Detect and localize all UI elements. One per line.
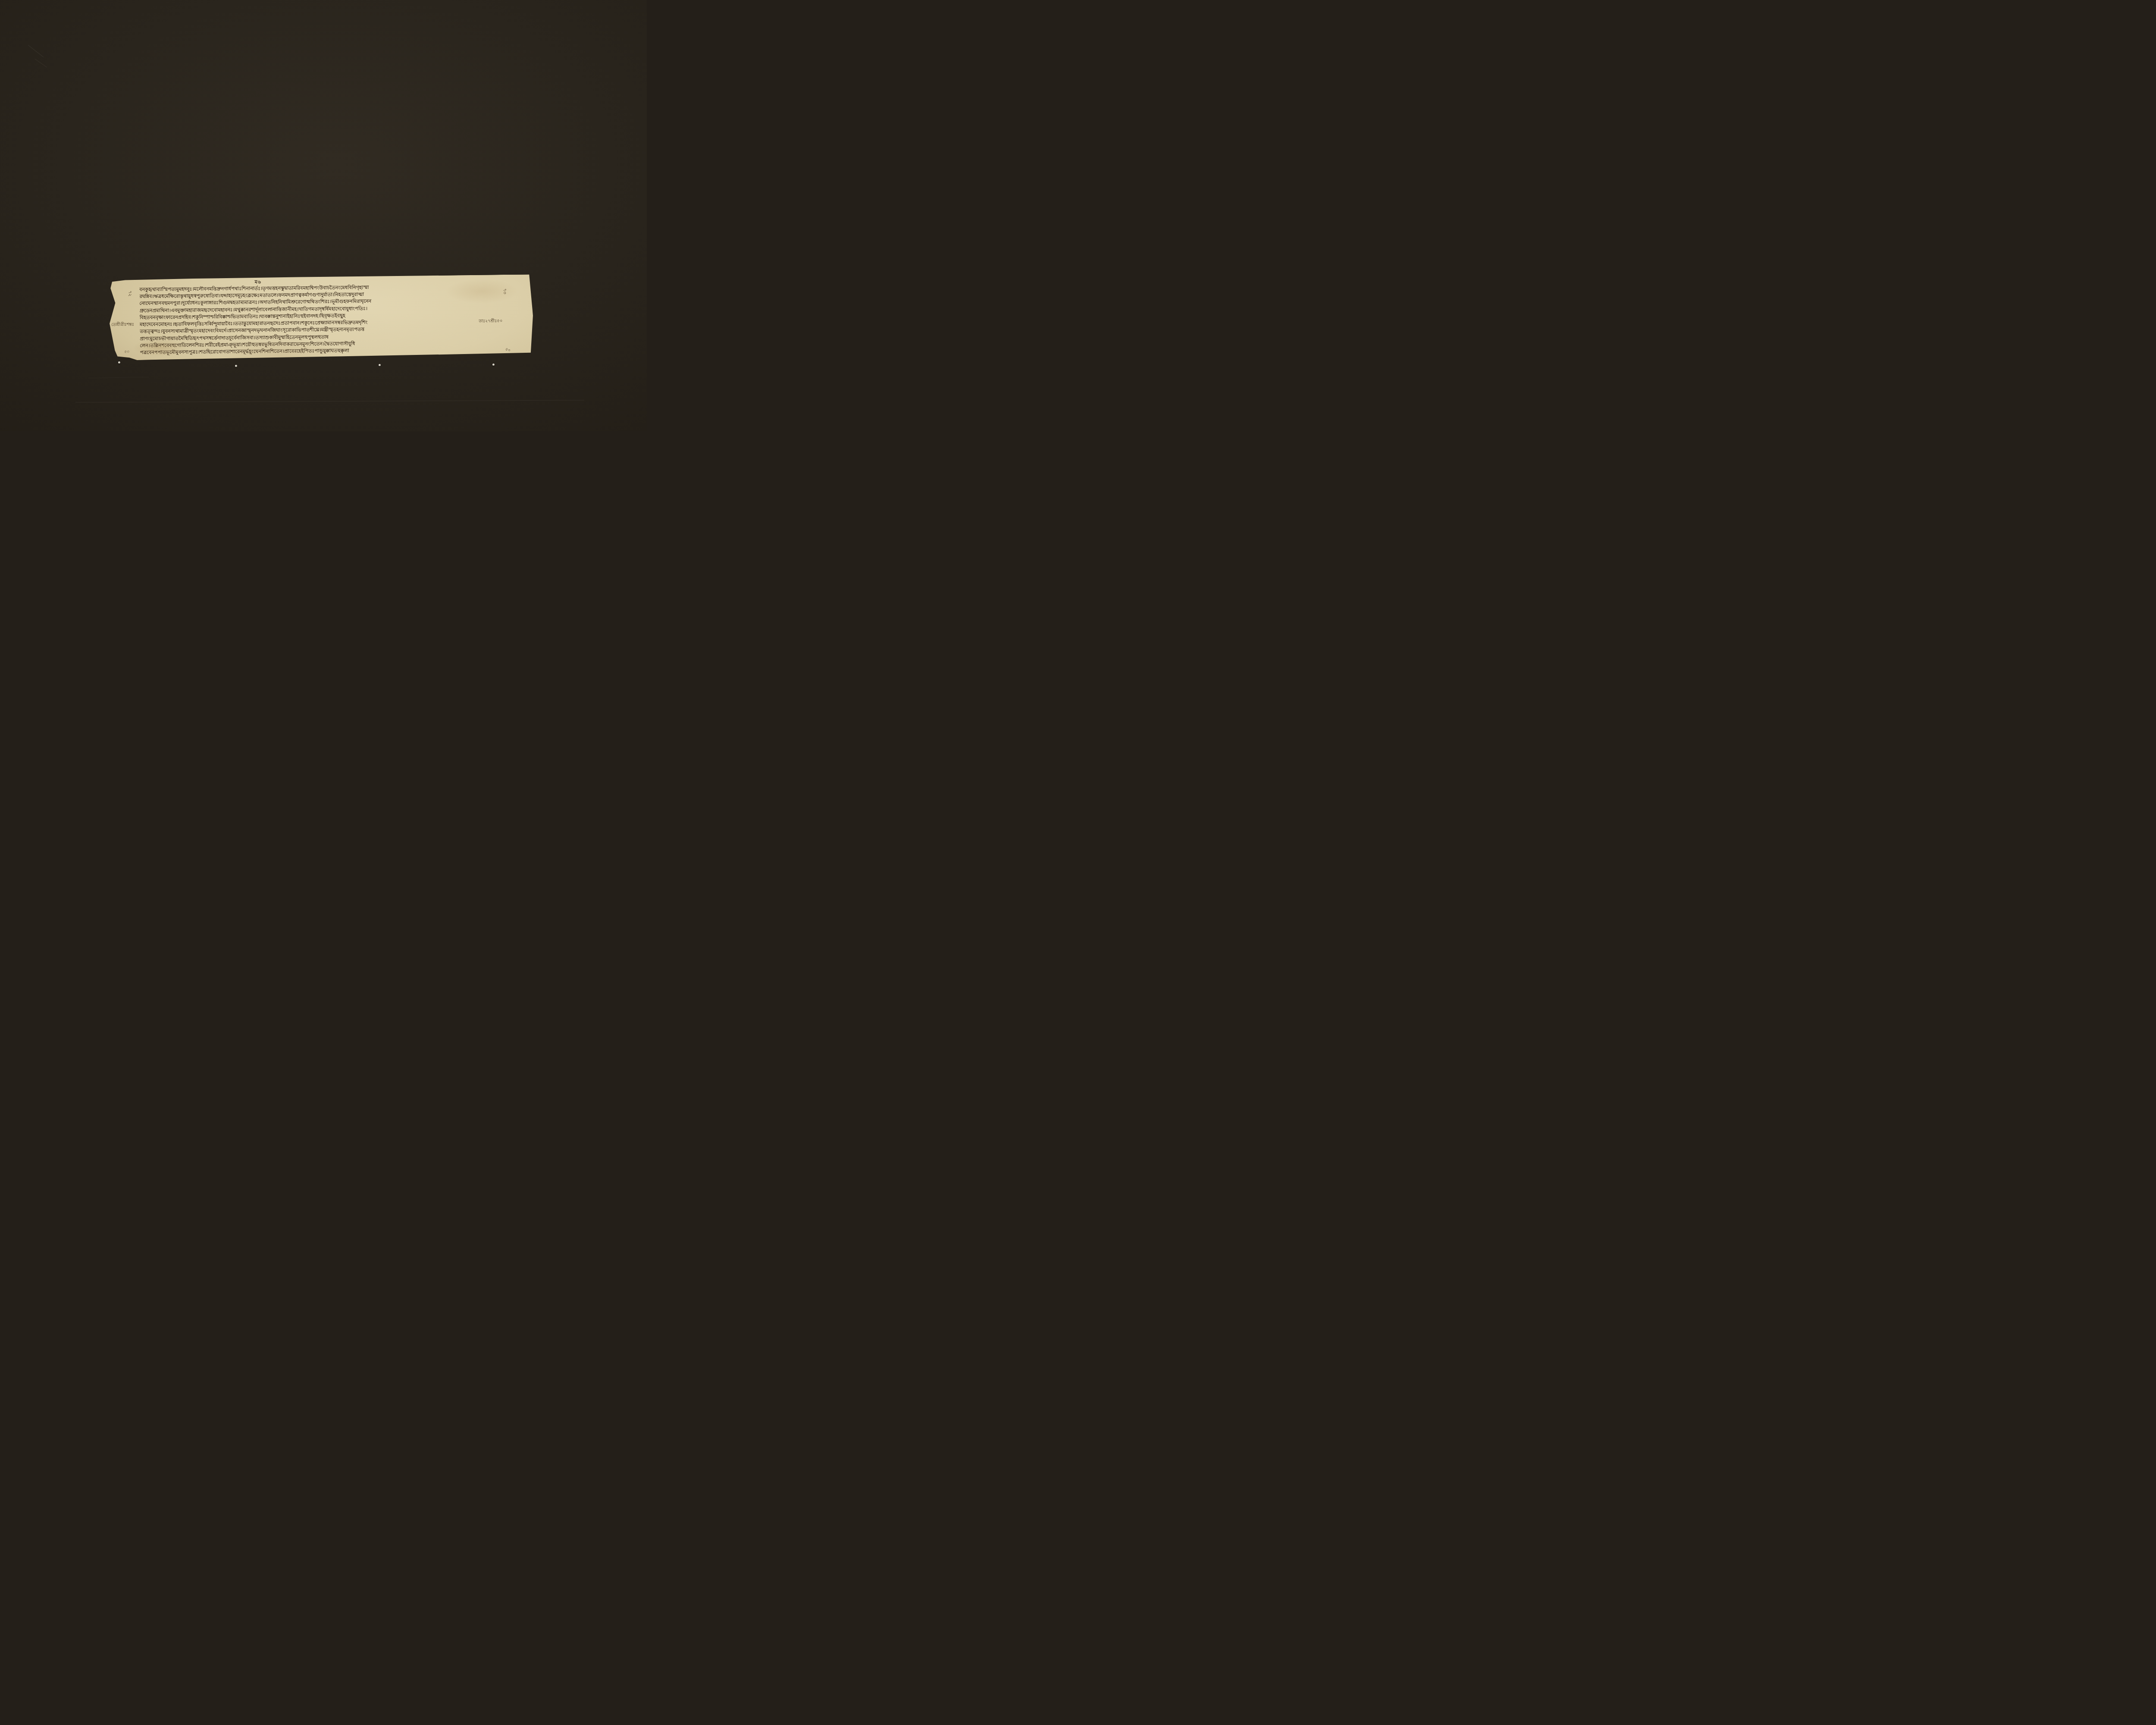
- margin-note-right-bottom: ৫৩: [505, 346, 511, 354]
- background-scratch: [88, 377, 149, 378]
- background-scratch: [28, 45, 44, 57]
- manuscript-text-block: বনকুহৃথাব্যাস্মিপত্যমুমহদনুঃ।মলৌবনমত্তিদ…: [139, 275, 505, 360]
- margin-note-left-top: ৭২: [126, 291, 133, 296]
- mounting-pin: [118, 361, 120, 364]
- mounting-pin: [235, 365, 237, 367]
- photo-background: ম৬ ৭২ তেশ্রীত্রীঃশন্তঃ ৫৩ ৭৩ ডাঃ২৭শ্রীঃ৫…: [0, 0, 647, 431]
- background-scratch: [35, 59, 47, 67]
- margin-note-left-bottom: ৫৩: [124, 349, 129, 355]
- manuscript-page: ম৬ ৭২ তেশ্রীত্রীঃশন্তঃ ৫৩ ৭৩ ডাঃ২৭শ্রীঃ৫…: [108, 274, 533, 360]
- background-scratch: [75, 400, 584, 402]
- mounting-pin: [379, 364, 381, 366]
- margin-note-left-middle: তেশ্রীত্রীঃশন্তঃ: [111, 322, 134, 329]
- mounting-pin: [492, 364, 495, 366]
